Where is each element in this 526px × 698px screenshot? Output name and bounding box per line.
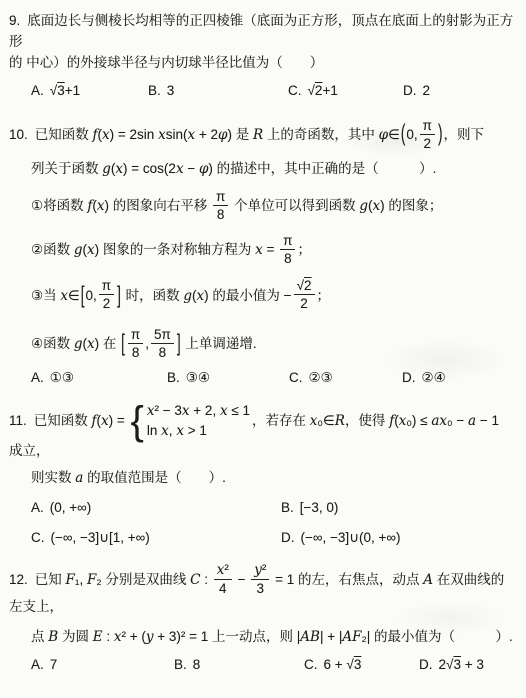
option-label: B.	[174, 657, 187, 672]
statement-4: ④函数 g(x) 在 [π8,5π8] 上单调递增.	[9, 328, 514, 361]
question-text: 底面边长与侧棱长均相等的正四棱锥（底面为正方形，顶点在底面上的射影为正方形	[9, 13, 513, 49]
option-d: D.②④	[402, 370, 446, 386]
option-label: B.	[167, 370, 180, 385]
option-value: 2	[423, 83, 431, 98]
option-a: A.7	[31, 657, 174, 672]
option-label: B.	[148, 83, 161, 98]
question-text: 已知函数 f(x) = {x² − 3x + 2, x ≤ 1ln x, x >…	[9, 413, 499, 459]
statement-text: ③当 x∈[0,π2] 时，函数 g(x) 的最小值为 −√22；	[31, 288, 330, 303]
option-b: B.③④	[167, 370, 289, 386]
option-label: C.	[289, 370, 303, 385]
option-value: [−3, 0)	[300, 500, 339, 515]
question-line: 11.已知函数 f(x) = {x² − 3x + 2, x ≤ 1ln x, …	[9, 401, 514, 462]
option-value: √3+1	[50, 83, 80, 98]
question-text: 已知函数 f(x) = 2sin xsin(x + 2φ) 是 R 上的奇函数，…	[35, 127, 484, 142]
option-value: 2√3 + 3	[439, 657, 484, 672]
option-value: ①③	[50, 370, 74, 385]
option-d: D.2	[403, 83, 430, 98]
options-row: A.√3+1 B.3 C.√2+1 D.2	[9, 83, 514, 98]
option-label: C.	[288, 83, 302, 98]
option-c: C.6 + √3	[304, 657, 419, 672]
question-number: 11.	[9, 413, 27, 428]
statement-text: ①将函数 f(x) 的图象向右平移 π8 个单位可以得到函数 g(x) 的图象；	[31, 198, 442, 213]
option-value: 3	[167, 83, 175, 98]
question-text: 则实数 a 的取值范围是（ ）.	[31, 470, 226, 485]
option-d: D.(−∞, −3]∪(0, +∞)	[281, 530, 514, 546]
option-a: A.(0, +∞)	[31, 500, 281, 515]
question-text: 已知 F₁, F₂ 分别是双曲线 C : x²4 − y²3 = 1 的左，右焦…	[9, 572, 504, 615]
question-number: 12.	[9, 572, 28, 587]
question-number: 10.	[9, 127, 28, 142]
option-label: D.	[403, 83, 417, 98]
question-11: 11.已知函数 f(x) = {x² − 3x + 2, x ≤ 1ln x, …	[9, 401, 514, 546]
question-10: 10.已知函数 f(x) = 2sin xsin(x + 2φ) 是 R 上的奇…	[9, 119, 514, 386]
question-text: 点 B 为圆 E : x² + (y + 3)² = 1 上一动点，则 |AB|…	[31, 629, 513, 644]
options-row: A.①③ B.③④ C.②③ D.②④	[9, 370, 514, 386]
option-b: B.[−3, 0)	[281, 500, 514, 515]
option-a: A.√3+1	[31, 83, 148, 98]
options-grid: A.(0, +∞) B.[−3, 0) C.(−∞, −3]∪[1, +∞) D…	[9, 500, 514, 546]
option-value: ③④	[186, 370, 210, 385]
option-d: D.2√3 + 3	[419, 657, 484, 672]
question-line: 10.已知函数 f(x) = 2sin xsin(x + 2φ) 是 R 上的奇…	[9, 119, 514, 152]
option-value: (0, +∞)	[50, 500, 92, 515]
question-9: 9.底面边长与侧棱长均相等的正四棱锥（底面为正方形，顶点在底面上的射影为正方形 …	[9, 11, 514, 98]
exam-page: 9.底面边长与侧棱长均相等的正四棱锥（底面为正方形，顶点在底面上的射影为正方形 …	[0, 0, 526, 698]
question-line: 点 B 为圆 E : x² + (y + 3)² = 1 上一动点，则 |AB|…	[9, 627, 514, 648]
question-12: 12.已知 F₁, F₂ 分别是双曲线 C : x²4 − y²3 = 1 的左…	[9, 563, 514, 672]
question-line: 9.底面边长与侧棱长均相等的正四棱锥（底面为正方形，顶点在底面上的射影为正方形	[9, 11, 514, 53]
option-label: A.	[31, 500, 44, 515]
option-label: C.	[31, 530, 45, 545]
option-label: D.	[402, 370, 416, 385]
option-label: A.	[31, 370, 44, 385]
question-line: 列关于函数 g(x) = cos(2x − φ) 的描述中，其中正确的是（ ）.	[9, 159, 514, 180]
question-line: 12.已知 F₁, F₂ 分别是双曲线 C : x²4 − y²3 = 1 的左…	[9, 563, 514, 618]
option-label: A.	[31, 83, 44, 98]
option-c: C.②③	[289, 370, 402, 386]
option-a: A.①③	[31, 370, 167, 386]
options-row: A.7 B.8 C.6 + √3 D.2√3 + 3	[9, 657, 514, 672]
option-value: 8	[193, 657, 201, 672]
option-value: 6 + √3	[324, 657, 362, 672]
option-label: D.	[281, 530, 295, 545]
option-value: ②④	[422, 370, 446, 385]
option-c: C.(−∞, −3]∪[1, +∞)	[31, 530, 281, 546]
statement-3: ③当 x∈[0,π2] 时，函数 g(x) 的最小值为 −√22；	[9, 279, 514, 312]
option-c: C.√2+1	[288, 83, 403, 98]
option-label: A.	[31, 657, 44, 672]
statement-2: ②函数 g(x) 图象的一条对称轴方程为 x = π8；	[9, 234, 514, 267]
option-value: (−∞, −3]∪(0, +∞)	[301, 530, 401, 545]
question-text: 列关于函数 g(x) = cos(2x − φ) 的描述中，其中正确的是（ ）.	[31, 161, 436, 176]
option-value: √2+1	[308, 83, 338, 98]
option-label: B.	[281, 500, 294, 515]
statement-1: ①将函数 f(x) 的图象向右平移 π8 个单位可以得到函数 g(x) 的图象；	[9, 190, 514, 223]
question-number: 9.	[9, 13, 20, 28]
option-label: C.	[304, 657, 318, 672]
statement-text: ②函数 g(x) 图象的一条对称轴方程为 x = π8；	[31, 242, 311, 257]
option-value: (−∞, −3]∪[1, +∞)	[51, 530, 150, 545]
question-line: 的 中心）的外接球半径与内切球半径比值为（ ）	[9, 53, 514, 74]
option-value: 7	[50, 657, 58, 672]
option-value: ②③	[309, 370, 333, 385]
statement-text: ④函数 g(x) 在 [π8,5π8] 上单调递增.	[31, 336, 257, 351]
option-label: D.	[419, 657, 433, 672]
question-line: 则实数 a 的取值范围是（ ）.	[9, 468, 514, 489]
option-b: B.8	[174, 657, 304, 672]
option-b: B.3	[148, 83, 288, 98]
question-text: 的 中心）的外接球半径与内切球半径比值为（ ）	[9, 55, 323, 70]
